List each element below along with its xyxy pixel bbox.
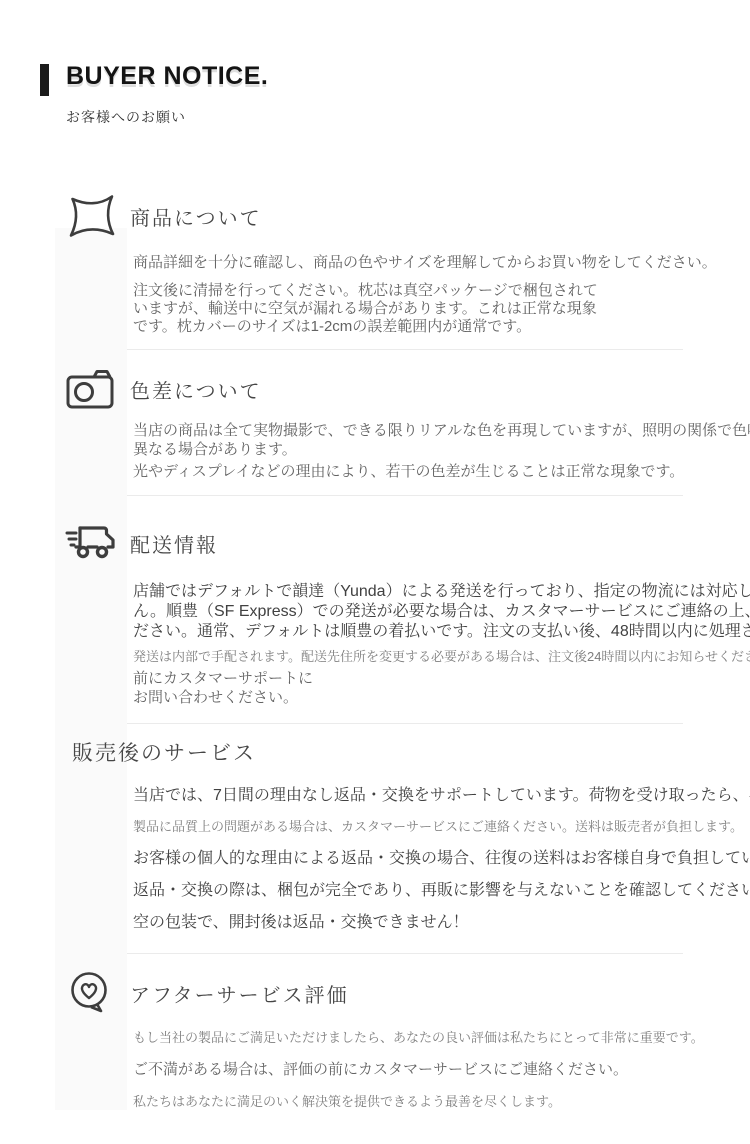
- section-divider: [127, 349, 683, 350]
- paragraph-s4-p5: 空の包装で、開封後は返品・交換できません！: [133, 913, 750, 933]
- text-line: 私たちはあなたに満足のいく解決策を提供できるよう最善を尽くします。: [133, 1093, 750, 1110]
- paragraph-s3-p2: 発送は内部で手配されます。配送先住所を変更する必要がある場合は、注文後24時間以…: [133, 648, 750, 665]
- text-line: ださい。通常、デフォルトは順豊の着払いです。注文の支払い後、48時間以内に処理さ…: [133, 622, 750, 642]
- text-line: 異なる場合があります。: [133, 440, 750, 459]
- section-divider: [127, 953, 683, 954]
- text-line: いますが、輸送中に空気が漏れる場合があります。これは正常な現象: [133, 300, 750, 318]
- section-divider: [127, 723, 683, 724]
- text-line: 商品詳細を十分に確認し、商品の色やサイズを理解してからお買い物をしてください。: [133, 253, 750, 272]
- paragraph-s2-p2: 光やディスプレイなどの理由により、若干の色差が生じることは正常な現象です。: [133, 462, 750, 481]
- header: BUYER NOTICE. お客様へのお願い: [40, 62, 750, 127]
- section-title-after-sales-service: 販売後のサービス: [72, 737, 256, 767]
- text-line: もし当社の製品にご満足いただけましたら、あなたの良い評価は私たちにとって非常に重…: [133, 1029, 750, 1046]
- paragraph-s5-p3: 私たちはあなたに満足のいく解決策を提供できるよう最善を尽くします。: [133, 1093, 750, 1110]
- paragraph-s3-p3: 前にカスタマーサポートにお問い合わせください。: [133, 669, 750, 707]
- section-body-shipping: 店舗ではデフォルトで韻達（Yunda）による発送を行っており、指定の物流には対応…: [133, 582, 750, 707]
- text-line: 発送は内部で手配されます。配送先住所を変更する必要がある場合は、注文後24時間以…: [133, 648, 750, 665]
- section-after-service-rating: アフターサービス評価もし当社の製品にご満足いただけましたら、あなたの良い評価は私…: [0, 968, 750, 1110]
- section-header-color-difference: 色差について: [64, 364, 750, 414]
- page-title: BUYER NOTICE.: [66, 62, 268, 91]
- section-after-sales-service: 販売後のサービス当店では、7日間の理由なし返品・交換をサポートしています。荷物を…: [0, 737, 750, 954]
- paragraph-s5-p2: ご不満がある場合は、評価の前にカスタマーサービスにご連絡ください。: [133, 1060, 750, 1079]
- text-line: 空の包装で、開封後は返品・交換できません！: [133, 913, 750, 933]
- paragraph-s4-p2: 製品に品質上の問題がある場合は、カスタマーサービスにご連絡ください。送料は販売者…: [133, 818, 750, 835]
- pillow-icon: [64, 191, 118, 241]
- text-line: お問い合わせください。: [133, 688, 750, 707]
- section-header-shipping: 配送情報: [64, 518, 750, 568]
- camera-icon: [64, 364, 118, 414]
- text-line: 製品に品質上の問題がある場合は、カスタマーサービスにご連絡ください。送料は販売者…: [133, 818, 750, 835]
- text-line: 光やディスプレイなどの理由により、若干の色差が生じることは正常な現象です。: [133, 462, 750, 481]
- text-line: ご不満がある場合は、評価の前にカスタマーサービスにご連絡ください。: [133, 1060, 750, 1079]
- paragraph-s1-p1: 商品詳細を十分に確認し、商品の色やサイズを理解してからお買い物をしてください。: [133, 253, 750, 272]
- text-line: 店舗ではデフォルトで韻達（Yunda）による発送を行っており、指定の物流には対応…: [133, 582, 750, 602]
- section-header-after-service-rating: アフターサービス評価: [64, 968, 750, 1018]
- text-line: 当店では、7日間の理由なし返品・交換をサポートしています。荷物を受け取ったら、早…: [133, 786, 750, 806]
- page-subtitle: お客様へのお願い: [66, 107, 750, 127]
- text-line: 返品・交換の際は、梱包が完全であり、再販に影響を与えないことを確認してください。…: [133, 881, 750, 901]
- text-line: 注文後に清掃を行ってください。枕芯は真空パッケージで梱包されて: [133, 282, 750, 300]
- paragraph-s1-p2: 注文後に清掃を行ってください。枕芯は真空パッケージで梱包されていますが、輸送中に…: [133, 282, 750, 336]
- text-line: ん。順豊（SF Express）での発送が必要な場合は、カスタマーサービスにご連…: [133, 602, 750, 622]
- truck-icon: [64, 518, 118, 568]
- section-title-product: 商品について: [130, 202, 262, 231]
- paragraph-s2-p1: 当店の商品は全て実物撮影で、できる限りリアルな色を再現していますが、照明の関係で…: [133, 421, 750, 459]
- text-line: 前にカスタマーサポートに: [133, 669, 750, 688]
- buyer-notice-page: BUYER NOTICE. お客様へのお願い 商品について商品詳細を十分に確認し…: [0, 62, 750, 1110]
- section-title-after-service-rating: アフターサービス評価: [130, 979, 349, 1008]
- sections-container: 商品について商品詳細を十分に確認し、商品の色やサイズを理解してからお買い物をして…: [0, 191, 750, 1110]
- section-color-difference: 色差について当店の商品は全て実物撮影で、できる限りリアルな色を再現していますが、…: [0, 364, 750, 496]
- section-product: 商品について商品詳細を十分に確認し、商品の色やサイズを理解してからお買い物をして…: [0, 191, 750, 350]
- paragraph-s4-p1: 当店では、7日間の理由なし返品・交換をサポートしています。荷物を受け取ったら、早…: [133, 786, 750, 806]
- section-title-shipping: 配送情報: [130, 529, 218, 558]
- paragraph-s4-p3: お客様の個人的な理由による返品・交換の場合、往復の送料はお客様自身で負担していた…: [133, 849, 750, 869]
- heart-bubble-icon: [64, 968, 118, 1018]
- section-header-product: 商品について: [64, 191, 750, 241]
- text-line: です。枕カバーのサイズは1-2cmの誤差範囲内が通常です。: [133, 318, 750, 336]
- section-body-after-service-rating: もし当社の製品にご満足いただけましたら、あなたの良い評価は私たちにとって非常に重…: [133, 1029, 750, 1110]
- section-header-after-sales-service: 販売後のサービス: [72, 737, 750, 767]
- section-body-color-difference: 当店の商品は全て実物撮影で、できる限りリアルな色を再現していますが、照明の関係で…: [133, 421, 750, 481]
- section-divider: [127, 495, 683, 496]
- paragraph-s5-p1: もし当社の製品にご満足いただけましたら、あなたの良い評価は私たちにとって非常に重…: [133, 1029, 750, 1046]
- section-shipping: 配送情報店舗ではデフォルトで韻達（Yunda）による発送を行っており、指定の物流…: [0, 518, 750, 724]
- section-body-product: 商品詳細を十分に確認し、商品の色やサイズを理解してからお買い物をしてください。注…: [133, 253, 750, 336]
- section-body-after-sales-service: 当店では、7日間の理由なし返品・交換をサポートしています。荷物を受け取ったら、早…: [133, 786, 750, 933]
- paragraph-s3-p1: 店舗ではデフォルトで韻達（Yunda）による発送を行っており、指定の物流には対応…: [133, 582, 750, 642]
- accent-bar: [40, 64, 49, 96]
- section-title-color-difference: 色差について: [130, 375, 262, 404]
- paragraph-s4-p4: 返品・交換の際は、梱包が完全であり、再販に影響を与えないことを確認してください。…: [133, 881, 750, 901]
- text-line: 当店の商品は全て実物撮影で、できる限りリアルな色を再現していますが、照明の関係で…: [133, 421, 750, 440]
- text-line: お客様の個人的な理由による返品・交換の場合、往復の送料はお客様自身で負担していた…: [133, 849, 750, 869]
